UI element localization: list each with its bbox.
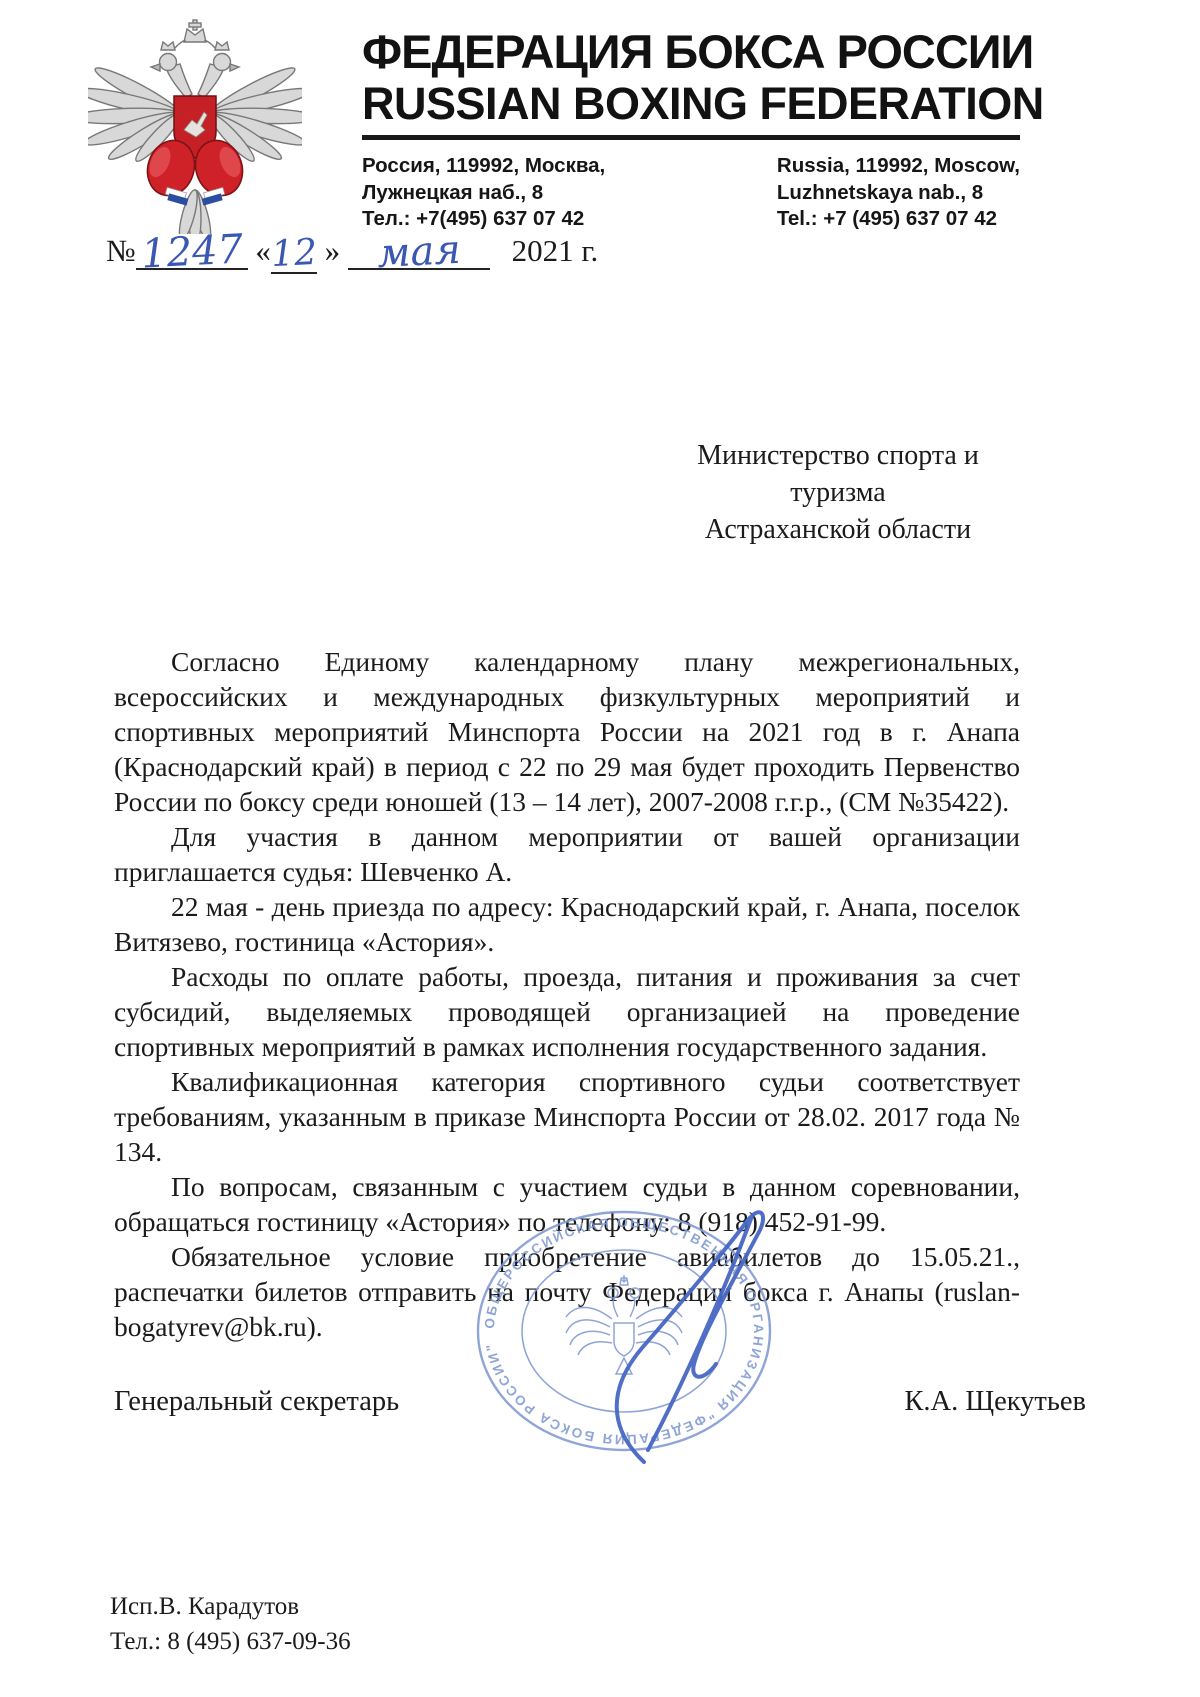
executor-block: Исп.В. Карадутов Тел.: 8 (495) 637-09-36 bbox=[110, 1590, 351, 1659]
handwritten-month: мая bbox=[376, 230, 461, 274]
official-round-stamp: ОБЩЕРОССИЙСКАЯ ОБЩЕСТВЕННАЯ ОРГАНИЗАЦИЯ … bbox=[462, 1192, 786, 1478]
reference-date-line: №1247 «12 » мая 2021 г. bbox=[106, 228, 598, 274]
signer-role: Генеральный секретарь bbox=[114, 1386, 399, 1418]
paragraph: 22 мая - день приезда по адресу: Краснод… bbox=[114, 889, 1020, 959]
recipient-line2: Астраханской области bbox=[658, 512, 1018, 549]
quote-open: « bbox=[255, 233, 271, 268]
paragraph: Квалификационная категория спортивного с… bbox=[114, 1064, 1020, 1169]
scanned-letter-page: ФЕДЕРАЦИЯ БОКСА РОССИИ RUSSIAN BOXING FE… bbox=[0, 0, 1200, 1697]
handwritten-doc-number: 1247 bbox=[140, 229, 244, 274]
executor-name: Исп.В. Карадутов bbox=[110, 1590, 351, 1625]
letterhead: ФЕДЕРАЦИЯ БОКСА РОССИИ RUSSIAN BOXING FE… bbox=[362, 26, 1020, 233]
day-field: 12 bbox=[271, 232, 317, 274]
address-ru: Россия, 119992, Москва, Лужнецкая наб., … bbox=[362, 153, 605, 233]
doc-number-field: 1247 bbox=[136, 228, 248, 270]
russian-boxing-federation-emblem-icon bbox=[88, 12, 302, 234]
recipient-block: Министерство спорта и туризма Астраханск… bbox=[658, 438, 1018, 549]
signer-name: К.А. Щекутьев bbox=[904, 1386, 1086, 1418]
signature-row: Генеральный секретарь К.А. Щекутьев bbox=[114, 1386, 1086, 1418]
recipient-line1: Министерство спорта и туризма bbox=[658, 438, 1018, 512]
address-en: Russia, 119992, Moscow, Luzhnetskaya nab… bbox=[777, 153, 1020, 233]
quote-close: » bbox=[325, 233, 341, 268]
year-label: 2021 г. bbox=[512, 233, 599, 268]
org-title-en: RUSSIAN BOXING FEDERATION bbox=[362, 79, 1020, 129]
handwritten-day: 12 bbox=[270, 235, 318, 273]
paragraph: Для участия в данном мероприятии от ваше… bbox=[114, 819, 1020, 889]
org-title-ru: ФЕДЕРАЦИЯ БОКСА РОССИИ bbox=[362, 26, 1020, 79]
month-field: мая bbox=[348, 228, 490, 270]
number-sign: № bbox=[106, 233, 136, 268]
executor-phone: Тел.: 8 (495) 637-09-36 bbox=[110, 1625, 351, 1660]
paragraph: Расходы по оплате работы, проезда, питан… bbox=[114, 959, 1020, 1064]
paragraph: Согласно Единому календарному плану межр… bbox=[114, 644, 1020, 819]
header-divider bbox=[362, 135, 1020, 140]
